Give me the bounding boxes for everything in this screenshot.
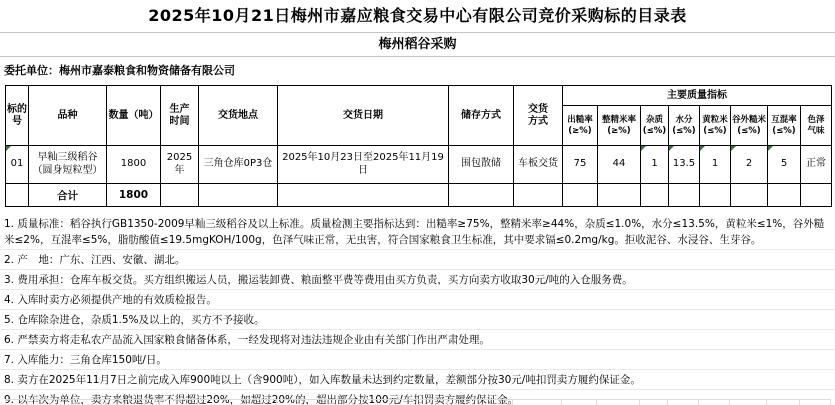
quality-brown-rice-text: 2 bbox=[746, 158, 752, 169]
empty-cell[interactable] bbox=[278, 184, 449, 207]
empty-cell[interactable] bbox=[563, 184, 598, 207]
quality-mix-rate-text: 5 bbox=[781, 158, 787, 169]
cell-variety[interactable]: 早籼三级稻谷（圆身短粒型） bbox=[29, 146, 107, 184]
page-title: 2025年10月21日梅州市嘉应粮食交易中心有限公司竞价采购标的目录表 bbox=[0, 0, 835, 33]
total-quantity-cell[interactable]: 1800 bbox=[107, 184, 161, 207]
note-inspection-report: 4. 入库时卖方必须提供产地的有效质检报告。 bbox=[0, 290, 835, 310]
note-quality-standard: 1. 质量标准：稻谷执行GB1350-2009早籼三级稻谷及以上标准。质量检测主… bbox=[0, 214, 835, 250]
header-quality-color-odor[interactable]: 色泽 气味 bbox=[801, 106, 832, 146]
note-smuggling-ban: 6. 严禁卖方将走私农产品流入国家粮食储备体系，一经发现将对违法违规企业由有关部… bbox=[0, 330, 835, 350]
header-prod-time[interactable]: 生产 时间 bbox=[161, 86, 199, 146]
note-origin: 2. 产 地：广东、江西、安徽、湖北。 bbox=[0, 250, 835, 270]
client-line: 委托单位：梅州市嘉泰粮食和物资储备有限公司 bbox=[0, 57, 835, 85]
cell-quality-yellow-grain[interactable]: 1 bbox=[700, 146, 731, 184]
bottom-gridlines bbox=[5, 399, 831, 405]
empty-cell[interactable] bbox=[700, 184, 731, 207]
quality-impurity-text: 1 bbox=[651, 158, 657, 169]
empty-cell[interactable] bbox=[161, 184, 199, 207]
note-cost-bearing: 3. 费用承担：仓库车板交货。买方组织搬运人员，搬运装卸费、粮面整平费等费用由买… bbox=[0, 270, 835, 290]
header-quality-group[interactable]: 主要质量指标 bbox=[563, 86, 832, 106]
empty-cell[interactable] bbox=[6, 184, 29, 207]
note-intake-capacity: 7. 入库能力：三角仓库150吨/日。 bbox=[0, 350, 835, 370]
cell-quality-mix-rate[interactable]: 5 bbox=[768, 146, 801, 184]
green-triangle-icon bbox=[6, 146, 11, 151]
green-triangle-icon bbox=[700, 146, 705, 151]
cell-quality-impurity[interactable]: 1 bbox=[641, 146, 669, 184]
header-no[interactable]: 标的 号 bbox=[6, 86, 29, 146]
empty-cell[interactable] bbox=[199, 184, 278, 207]
cell-date[interactable]: 2025年10月23日至2025年11月19日 bbox=[278, 146, 449, 184]
header-quantity[interactable]: 数量（吨） bbox=[107, 86, 161, 146]
header-storage[interactable]: 储存方式 bbox=[449, 86, 514, 146]
spreadsheet-page: { "page": { "title": "2025年10月21日梅州市嘉应粮食… bbox=[0, 0, 835, 405]
cell-delivery[interactable]: 车板交货 bbox=[514, 146, 563, 184]
cell-quality-color-odor[interactable]: 正常 bbox=[801, 146, 832, 184]
header-place[interactable]: 交货地点 bbox=[199, 86, 278, 146]
green-triangle-icon bbox=[669, 146, 674, 151]
header-quality-brown-rice[interactable]: 谷外糙米 (≤%) bbox=[731, 106, 768, 146]
empty-cell[interactable] bbox=[801, 184, 832, 207]
total-row: 合计 1800 bbox=[6, 184, 832, 207]
header-quality-moisture[interactable]: 水分 (≤%) bbox=[669, 106, 700, 146]
cell-quantity[interactable]: 1800 bbox=[107, 146, 161, 184]
cell-prod-time[interactable]: 2025年 bbox=[161, 146, 199, 184]
header-variety[interactable]: 品种 bbox=[29, 86, 107, 146]
cell-lot-no[interactable]: 01 bbox=[6, 146, 29, 184]
header-quality-impurity[interactable]: 杂质 (≤%) bbox=[641, 106, 669, 146]
cell-quality-milled-rate[interactable]: 75 bbox=[563, 146, 598, 184]
note-impurity-rejection: 5. 仓库除杂进仓，杂质1.5%及以上的，买方不予接收。 bbox=[0, 310, 835, 330]
empty-cell[interactable] bbox=[731, 184, 768, 207]
cell-storage[interactable]: 围包散储 bbox=[449, 146, 514, 184]
quality-moisture-text: 13.5 bbox=[673, 158, 695, 169]
cell-quality-head-rice-rate[interactable]: 44 bbox=[598, 146, 641, 184]
header-quality-yellow-grain[interactable]: 黄粒米 (≤%) bbox=[700, 106, 731, 146]
empty-cell[interactable] bbox=[514, 184, 563, 207]
empty-cell[interactable] bbox=[598, 184, 641, 207]
green-triangle-icon bbox=[768, 146, 773, 151]
cell-quality-brown-rice[interactable]: 2 bbox=[731, 146, 768, 184]
green-triangle-icon bbox=[641, 146, 646, 151]
note-delivery-deadline-penalty: 8. 卖方在2025年11月7日之前完成入库900吨以上（含900吨），如入库数… bbox=[0, 370, 835, 390]
empty-cell[interactable] bbox=[449, 184, 514, 207]
catalog-table: 标的 号 品种 数量（吨） 生产 时间 交货地点 交货日期 储存方式 交货 方式… bbox=[5, 85, 832, 207]
quality-yellow-grain-text: 1 bbox=[712, 158, 718, 169]
header-date[interactable]: 交货日期 bbox=[278, 86, 449, 146]
total-label-cell[interactable]: 合计 bbox=[29, 184, 107, 207]
empty-cell[interactable] bbox=[641, 184, 669, 207]
empty-cell[interactable] bbox=[669, 184, 700, 207]
empty-cell[interactable] bbox=[768, 184, 801, 207]
green-triangle-icon bbox=[731, 146, 736, 151]
header-quality-head-rice-rate[interactable]: 整精米率 (≥%) bbox=[598, 106, 641, 146]
lot-no-text: 01 bbox=[11, 158, 24, 169]
cell-quality-moisture[interactable]: 13.5 bbox=[669, 146, 700, 184]
header-quality-mix-rate[interactable]: 互混率 (≤%) bbox=[768, 106, 801, 146]
cell-place[interactable]: 三角仓库0P3仓 bbox=[199, 146, 278, 184]
notes-list: 1. 质量标准：稻谷执行GB1350-2009早籼三级稻谷及以上标准。质量检测主… bbox=[0, 214, 835, 405]
page-subtitle: 梅州稻谷采购 bbox=[0, 33, 835, 57]
header-delivery[interactable]: 交货 方式 bbox=[514, 86, 563, 146]
header-quality-milled-rate[interactable]: 出糙率 (≥%) bbox=[563, 106, 598, 146]
table-row: 01 早籼三级稻谷（圆身短粒型） 1800 2025年 三角仓库0P3仓 202… bbox=[6, 146, 832, 184]
